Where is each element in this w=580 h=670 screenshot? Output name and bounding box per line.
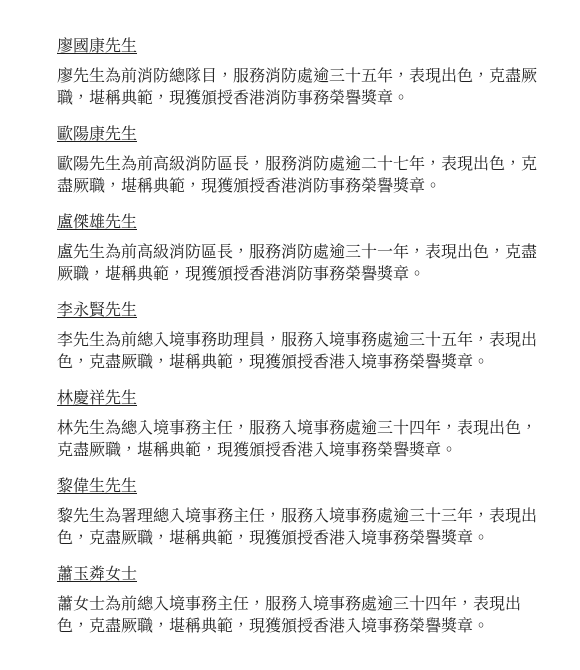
award-entry: 林慶祥先生 林先生為總入境事務主任，服務入境事務處逾三十四年，表現出色，克盡厥職… xyxy=(57,388,542,462)
recipient-name-heading: 蕭玉粦女士 xyxy=(57,564,542,586)
award-description: 盧先生為前高級消防區長，服務消防處逾三十一年，表現出色，克盡厥職，堪稱典範，現獲… xyxy=(57,242,540,286)
award-description: 李先生為前總入境事務助理員，服務入境事務處逾三十五年，表現出色，克盡厥職，堪稱典… xyxy=(57,330,540,374)
award-entry: 李永賢先生 李先生為前總入境事務助理員，服務入境事務處逾三十五年，表現出色，克盡… xyxy=(57,300,542,374)
award-entry: 黎偉生先生 黎先生為署理總入境事務主任，服務入境事務處逾三十三年，表現出色，克盡… xyxy=(57,476,542,550)
recipient-name: 林慶祥先生 xyxy=(57,390,137,407)
recipient-name: 廖國康先生 xyxy=(57,38,137,55)
recipient-name-heading: 黎偉生先生 xyxy=(57,476,542,498)
award-description: 歐陽先生為前高級消防區長，服務消防處逾二十七年，表現出色，克盡厥職，堪稱典範，現… xyxy=(57,154,540,198)
recipient-name: 蕭玉粦女士 xyxy=(57,566,137,583)
award-entry: 歐陽康先生 歐陽先生為前高級消防區長，服務消防處逾二十七年，表現出色，克盡厥職，… xyxy=(57,124,542,198)
recipient-name-heading: 林慶祥先生 xyxy=(57,388,542,410)
award-description: 廖先生為前消防總隊目，服務消防處逾三十五年，表現出色，克盡厥職，堪稱典範，現獲頒… xyxy=(57,66,540,110)
recipient-name-heading: 歐陽康先生 xyxy=(57,124,542,146)
recipient-name-heading: 盧傑雄先生 xyxy=(57,212,542,234)
award-description: 蕭女士為前總入境事務主任，服務入境事務處逾三十四年，表現出色，克盡厥職，堪稱典範… xyxy=(57,594,540,638)
award-description: 黎先生為署理總入境事務主任，服務入境事務處逾三十三年，表現出色，克盡厥職，堪稱典… xyxy=(57,506,540,550)
recipient-name-heading: 廖國康先生 xyxy=(57,36,542,58)
document-page: 廖國康先生 廖先生為前消防總隊目，服務消防處逾三十五年，表現出色，克盡厥職，堪稱… xyxy=(0,0,580,670)
recipient-name: 黎偉生先生 xyxy=(57,478,137,495)
award-entry: 盧傑雄先生 盧先生為前高級消防區長，服務消防處逾三十一年，表現出色，克盡厥職，堪… xyxy=(57,212,542,286)
recipient-name: 李永賢先生 xyxy=(57,302,137,319)
award-entry: 廖國康先生 廖先生為前消防總隊目，服務消防處逾三十五年，表現出色，克盡厥職，堪稱… xyxy=(57,36,542,110)
award-description: 林先生為總入境事務主任，服務入境事務處逾三十四年，表現出色，克盡厥職，堪稱典範，… xyxy=(57,418,540,462)
recipient-name: 歐陽康先生 xyxy=(57,126,137,143)
recipient-name: 盧傑雄先生 xyxy=(57,214,137,231)
award-entry: 蕭玉粦女士 蕭女士為前總入境事務主任，服務入境事務處逾三十四年，表現出色，克盡厥… xyxy=(57,564,542,638)
recipient-name-heading: 李永賢先生 xyxy=(57,300,542,322)
